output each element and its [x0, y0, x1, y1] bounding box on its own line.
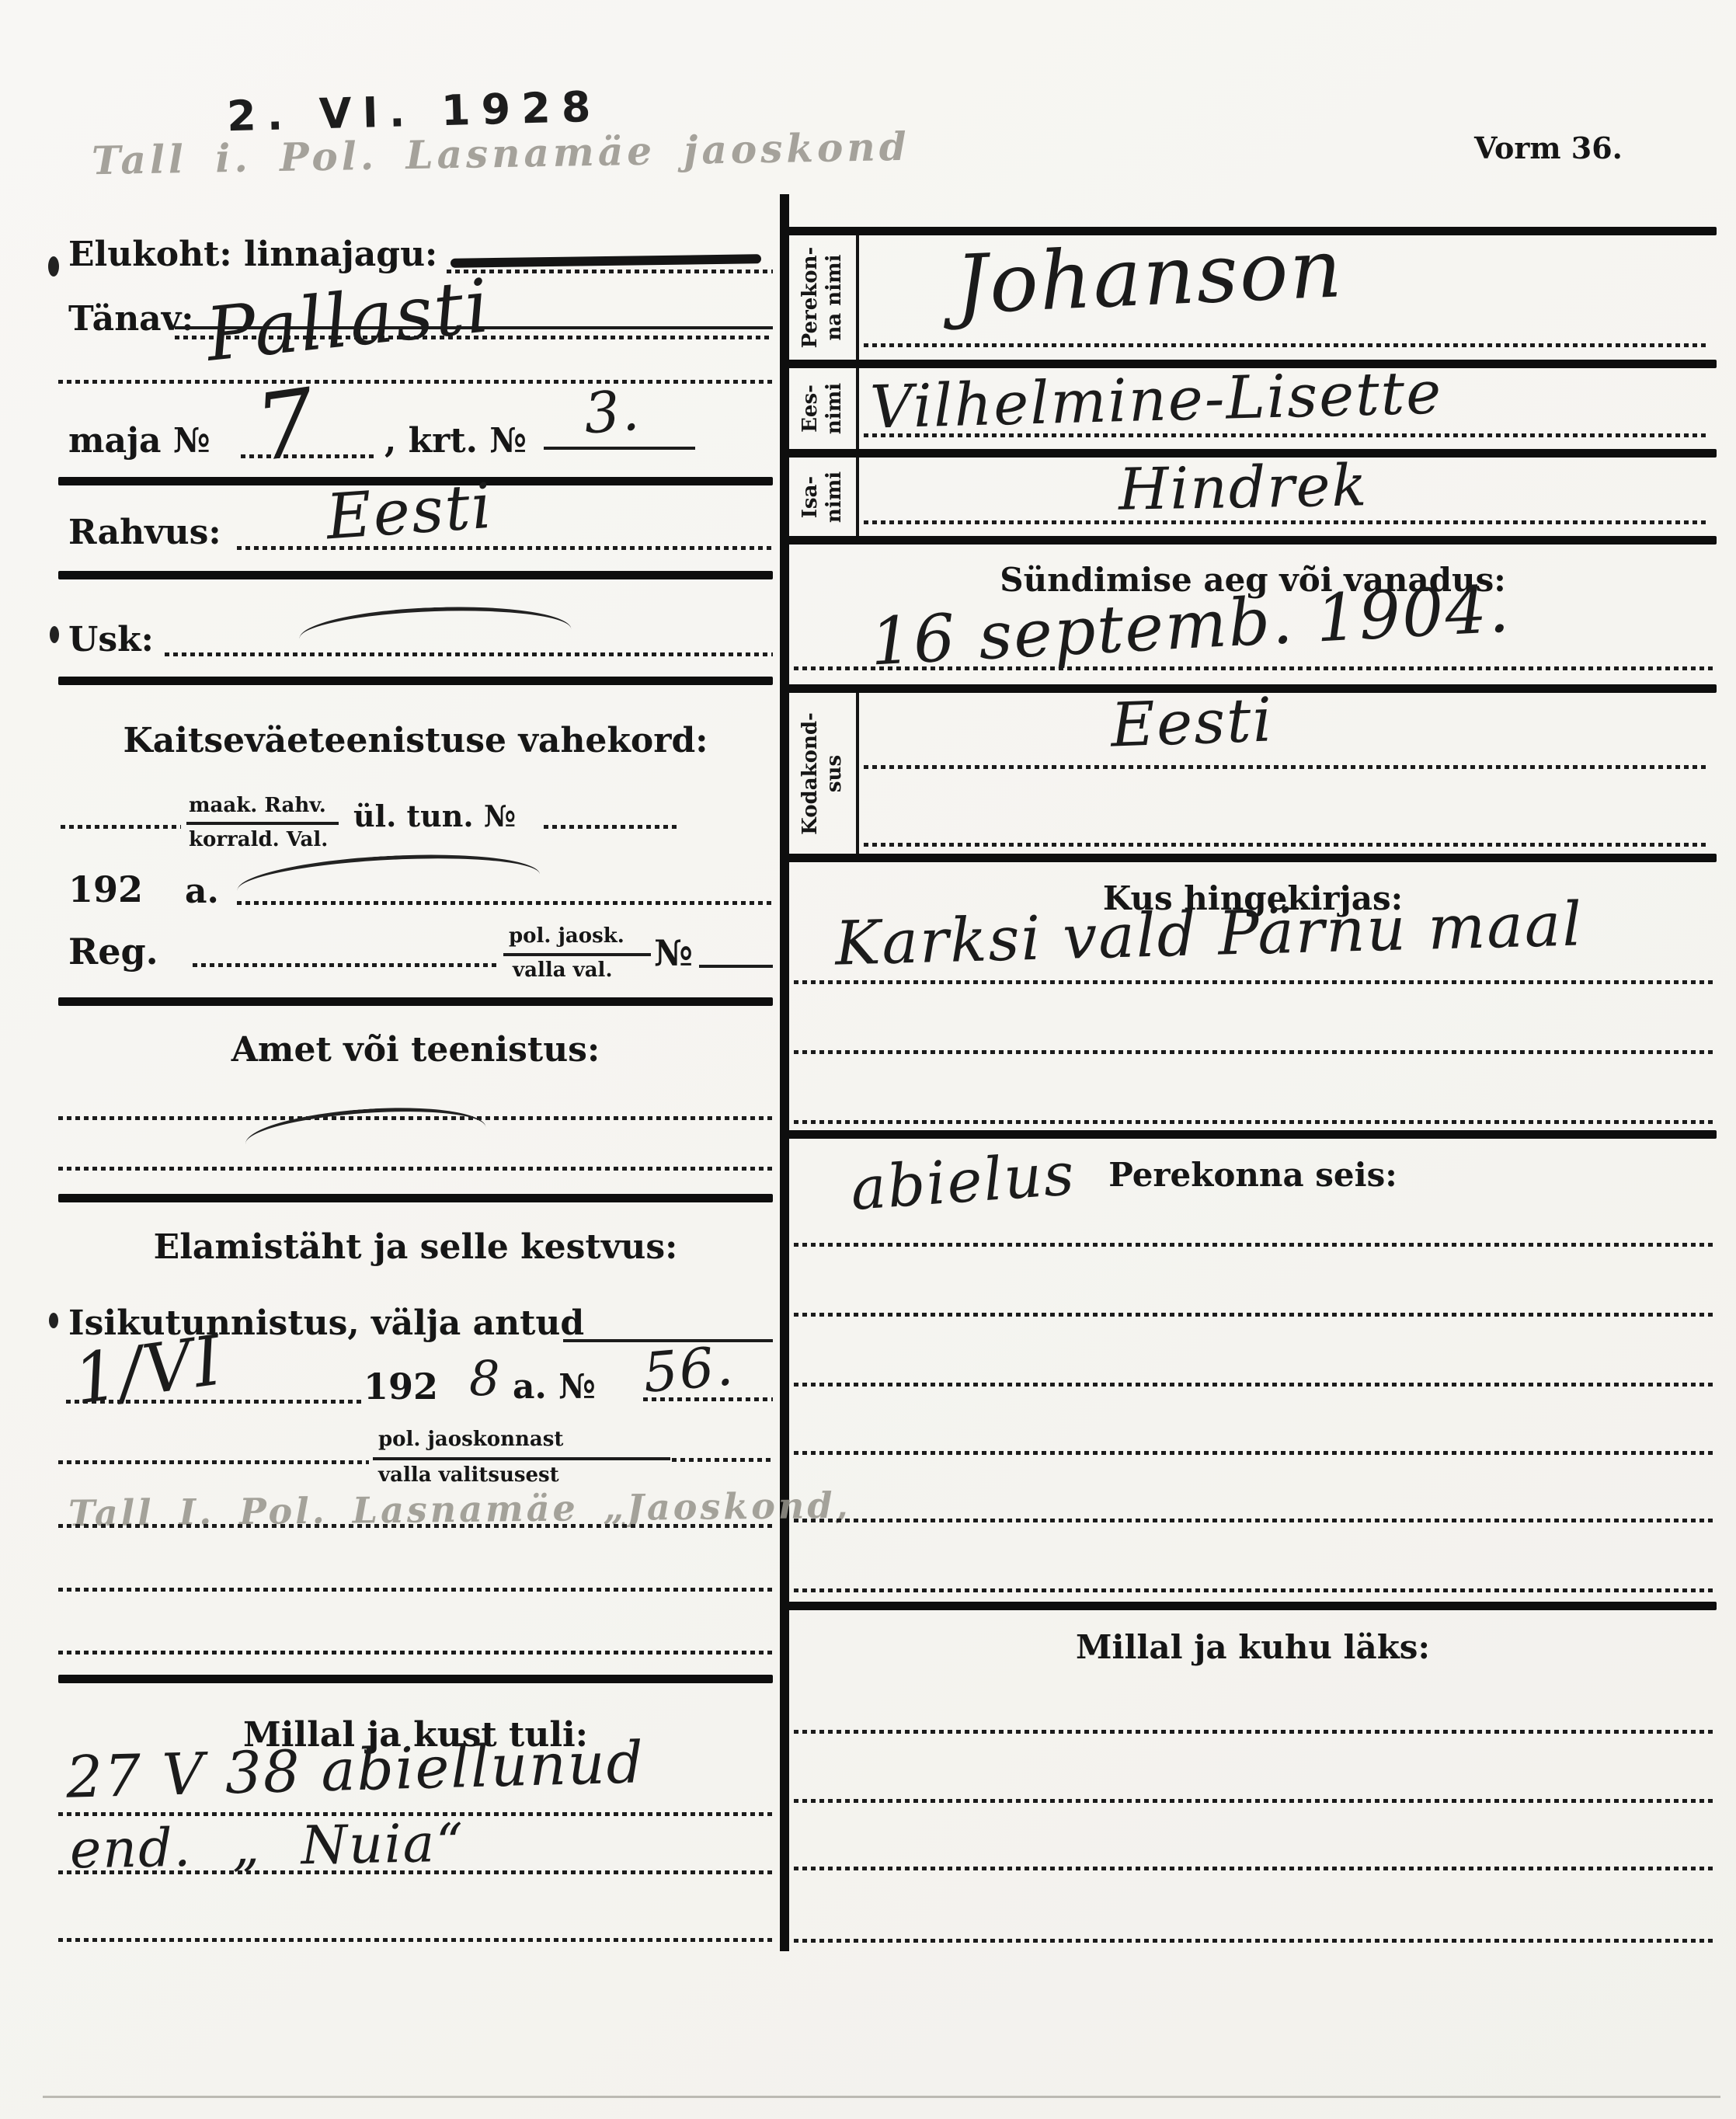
isanimi-label-cell: Isa- nimi — [789, 458, 859, 536]
right-heavy-rule — [780, 854, 1717, 862]
valla-valitsusest-label: valla valitsusest — [378, 1463, 559, 1487]
kodakondsus-label-cell: Kodakond- sus — [789, 693, 859, 854]
scan-speck — [48, 256, 59, 277]
krt-handwritten-value: 3. — [582, 378, 642, 447]
kus-line — [794, 980, 1713, 984]
perekonna-seis-handwritten-value: abielus — [848, 1139, 1077, 1223]
reg-no-label: № — [654, 932, 693, 974]
amet-handwritten-dash-mark — [244, 1101, 486, 1153]
right-heavy-rule — [780, 536, 1717, 545]
left-empty-line — [58, 1588, 773, 1592]
jaoskonnast-fraction-rule — [373, 1457, 670, 1460]
elukoht-scribble-mark — [451, 254, 761, 268]
form-code: Vorm 36. — [1474, 130, 1623, 165]
year-line — [237, 901, 773, 905]
elukoht-label: Elukoht: linnajagu: — [68, 235, 437, 274]
isiku-no-handwritten: 56. — [641, 1334, 737, 1405]
eesnimi-handwritten-value: Vilhelmine-Lisette — [869, 357, 1443, 441]
maak-fraction-rule — [186, 822, 339, 825]
seis-line — [794, 1243, 1713, 1247]
pol-jaoskonnast-label: pol. jaoskonnast — [378, 1428, 563, 1451]
reg-no-line — [699, 965, 773, 968]
scan-speck — [50, 626, 59, 643]
tanav-handwritten-value: Pallasti — [202, 263, 495, 378]
perekonnanimi-label-cell: Perekon- na nimi — [789, 235, 859, 360]
left-heavy-rule — [58, 997, 773, 1006]
rahvus-line — [237, 546, 773, 550]
millal-laks-heading: Millal ja kuhu läks: — [789, 1628, 1717, 1666]
police-station-stamp-top: Tall i. Pol. Lasnamäe jaoskond — [92, 124, 911, 183]
left-bottom-line — [58, 1870, 773, 1874]
krt-label: , krt. № — [384, 421, 527, 461]
left-heavy-rule — [58, 571, 773, 579]
tanav-label: Tänav: — [68, 299, 194, 339]
usk-label: Usk: — [68, 620, 154, 659]
right-heavy-rule — [780, 1130, 1717, 1139]
left-heavy-rule — [58, 1675, 773, 1683]
column-divider — [780, 194, 789, 1951]
ul-tun-label: ül. tun. № — [353, 799, 516, 833]
usk-handwritten-dash-mark — [298, 603, 571, 644]
reg-fraction-rule — [503, 953, 651, 956]
left-empty-line — [58, 1651, 773, 1654]
kaitse-heading: Kaitseväeteenistuse vahekord: — [58, 721, 773, 760]
jaoskonnast-line-right — [672, 1458, 773, 1462]
perekonnanimi-handwritten-value: Johanson — [954, 221, 1345, 332]
eesnimi-line — [864, 433, 1709, 437]
rahvus-handwritten-value: Eesti — [324, 470, 495, 554]
left-heavy-rule — [58, 1194, 773, 1202]
kodakondsus-label: Kodakond- sus — [798, 712, 847, 835]
millal-tuli-handwritten-line1: 27 V 38 abiellunud — [65, 1729, 645, 1811]
isanimi-line — [864, 520, 1709, 524]
isiku-year-printed: 192 — [364, 1366, 438, 1407]
elamistaht-heading: Elamistäht ja selle kestvus: — [58, 1227, 773, 1267]
valla-val-label: valla val. — [513, 959, 613, 982]
maja-handwritten-value: 7 — [249, 367, 324, 482]
amet-line-2 — [58, 1167, 773, 1171]
amet-heading: Amet või teenistus: — [58, 1030, 773, 1070]
ul-tun-line — [544, 825, 680, 829]
usk-line — [165, 652, 773, 656]
seis-line-5 — [794, 1519, 1713, 1522]
isiku-line-right — [643, 1397, 773, 1401]
laks-line-2 — [794, 1799, 1717, 1803]
laks-line — [794, 1730, 1717, 1734]
kodakondsus-line — [864, 765, 1709, 769]
krt-line — [544, 447, 695, 450]
seis-line-2 — [794, 1313, 1713, 1317]
year-a-label: a. — [185, 872, 219, 911]
reg-label: Reg. — [68, 931, 158, 973]
jaoskonnast-line-left — [58, 1460, 369, 1464]
rahvus-label: Rahvus: — [68, 513, 221, 552]
seis-line-4 — [794, 1451, 1713, 1455]
isiku-year-handwritten-digit: 8 — [469, 1350, 501, 1407]
elukoht-line — [447, 270, 773, 273]
eesnimi-label: Ees- nimi — [798, 383, 847, 434]
eesnimi-label-cell: Ees- nimi — [789, 368, 859, 449]
pol-jaosk-label: pol. jaosk. — [509, 924, 624, 948]
sundimise-line — [794, 666, 1713, 670]
korrald-val-label: korrald. Val. — [189, 828, 328, 851]
kus-line-3 — [794, 1120, 1713, 1124]
right-heavy-rule — [780, 1602, 1717, 1610]
left-separator-dotted — [58, 380, 773, 384]
stamp-row-line — [58, 1524, 773, 1528]
year-handwritten-dash-mark — [236, 848, 541, 905]
maak-rahv-label: maak. Rahv. — [189, 794, 326, 817]
kus-line-2 — [794, 1050, 1713, 1054]
seis-line-6 — [794, 1588, 1713, 1592]
laks-line-4 — [794, 1939, 1717, 1943]
scan-speck — [49, 1313, 58, 1328]
maja-label: maja № — [68, 421, 210, 461]
kodakondsus-handwritten-value: Eesti — [1109, 685, 1274, 760]
maak-line-left — [61, 825, 181, 829]
isanimi-handwritten-value: Hindrek — [1118, 452, 1369, 524]
isanimi-label: Isa- nimi — [798, 471, 847, 522]
isiku-a-no-label: a. № — [513, 1367, 596, 1407]
left-heavy-rule — [58, 677, 773, 685]
scanned-form-page: 2. VI. 1928 Tall i. Pol. Lasnamäe jaosko… — [0, 0, 1736, 2119]
isiku-line-left — [66, 1400, 365, 1404]
left-bottom-line — [58, 1938, 773, 1942]
laks-line-3 — [794, 1867, 1717, 1870]
kodakondsus-line-2 — [864, 843, 1709, 847]
seis-line-3 — [794, 1383, 1713, 1387]
perekonnanimi-line — [864, 343, 1709, 347]
year-192-label: 192 — [68, 868, 143, 910]
perekonnanimi-label: Perekon- na nimi — [798, 247, 847, 349]
scan-bottom-edge-line — [43, 2096, 1720, 2098]
reg-line — [193, 963, 499, 967]
